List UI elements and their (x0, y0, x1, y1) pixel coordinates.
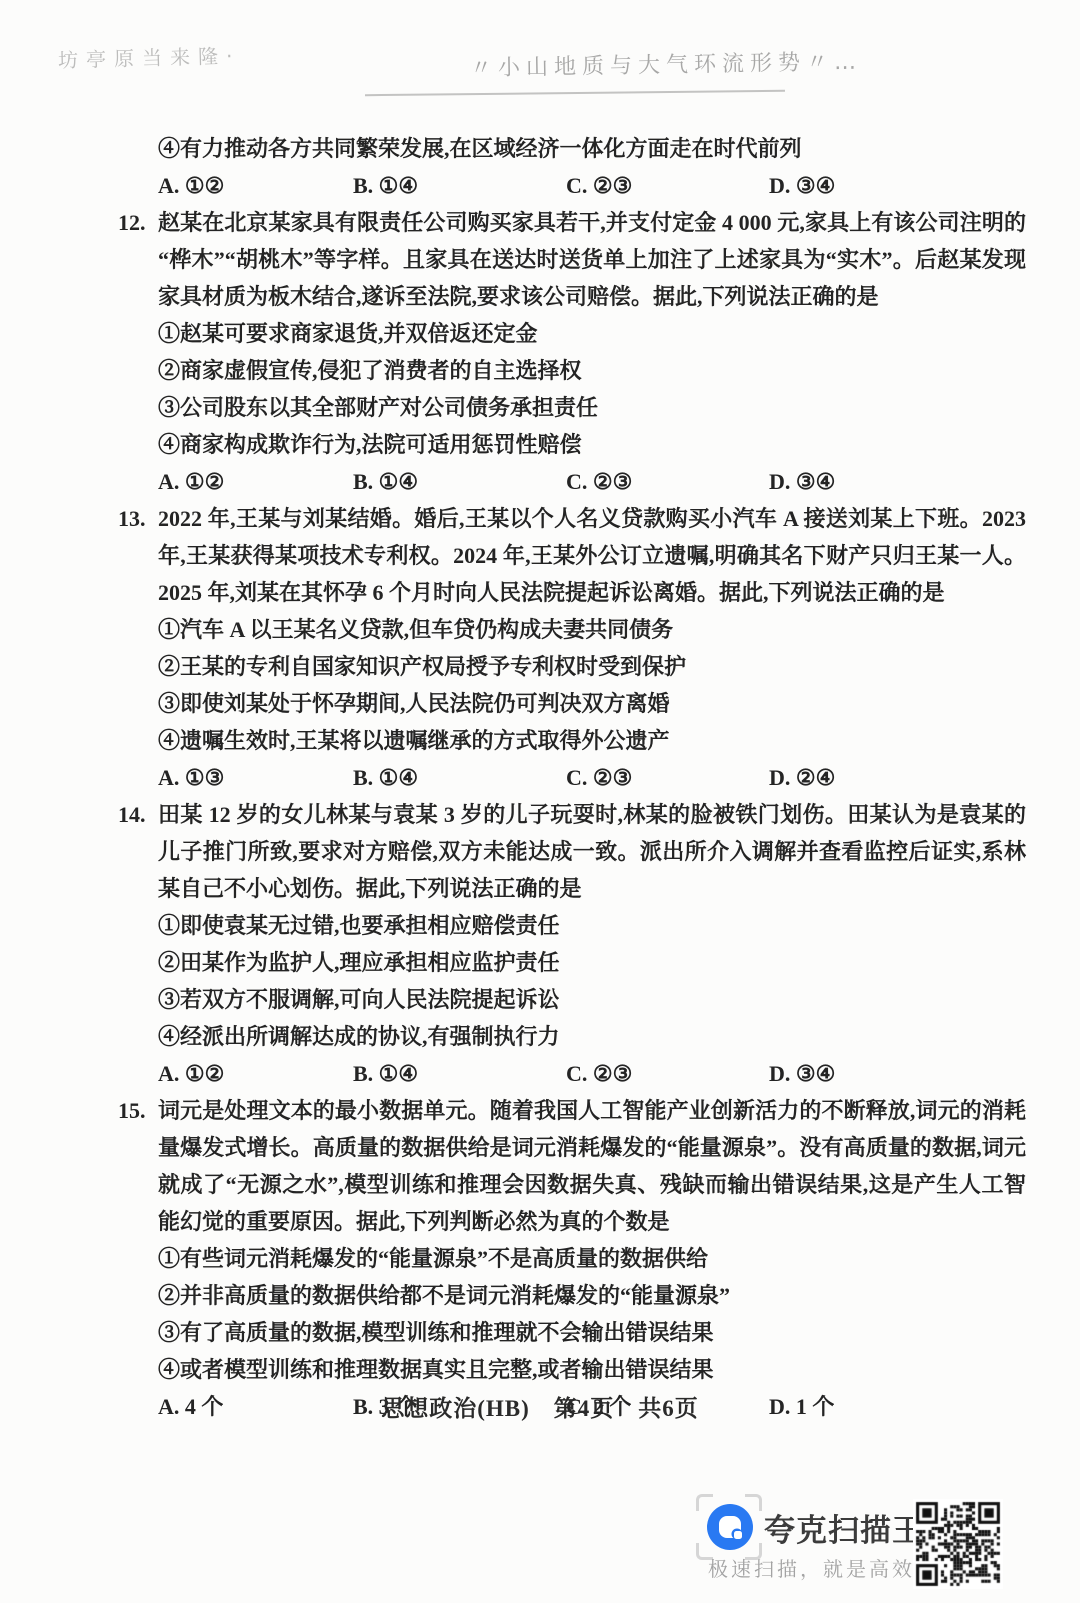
question-stem: 田某 12 岁的女儿林某与袁某 3 岁的儿子玩耍时,林某的脸被铁门划伤。田某认为… (158, 796, 1026, 907)
option-item: ③公司股东以其全部财产对公司债务承担责任 (158, 389, 1026, 426)
option-item: ①汽车 A 以王某名义贷款,但车贷仍构成夫妻共同债务 (158, 611, 1026, 648)
question-11-tail: ④有力推动各方共同繁荣发展,在区域经济一体化方面走在时代前列 A. ①② B. … (118, 130, 1026, 204)
choice-d: D. ③④ (769, 1055, 1026, 1092)
choice-d: D. ③④ (769, 167, 1026, 204)
option-item: ②王某的专利自国家知识产权局授予专利权时受到保护 (158, 648, 1026, 685)
option-item: ③若双方不服调解,可向人民法院提起诉讼 (158, 981, 1026, 1018)
option-item: ②并非高质量的数据供给都不是词元消耗爆发的“能量源泉” (158, 1277, 1026, 1314)
header-scribble-center: 〃小山地质与大气环流形势〃… (470, 45, 862, 83)
option-item: ④商家构成欺诈行为,法院可适用惩罚性赔偿 (158, 426, 1026, 463)
quark-logo-icon (706, 1503, 754, 1551)
choice-b: B. ①④ (353, 1055, 566, 1092)
option-item: ④或者模型训练和推理数据真实且完整,或者输出错误结果 (158, 1351, 1026, 1388)
choice-c: C. ②③ (566, 463, 769, 500)
option-item: ②商家虚假宣传,侵犯了消费者的自主选择权 (158, 352, 1026, 389)
question-12: 12. 赵某在北京某家具有限责任公司购买家具若干,并支付定金 4 000 元,家… (118, 204, 1026, 500)
choices-row: A. ①② B. ①④ C. ②③ D. ③④ (158, 463, 1026, 500)
option-item: ④有力推动各方共同繁荣发展,在区域经济一体化方面走在时代前列 (158, 130, 1026, 167)
option-item: ①即使袁某无过错,也要承担相应赔偿责任 (158, 907, 1026, 944)
choices-row: A. ①② B. ①④ C. ②③ D. ③④ (158, 167, 1026, 204)
choice-d: D. ③④ (769, 463, 1026, 500)
option-item: ①赵某可要求商家退货,并双倍返还定金 (158, 315, 1026, 352)
choice-a: A. ①② (158, 167, 353, 204)
question-13: 13. 2022 年,王某与刘某结婚。婚后,王某以个人名义贷款购买小汽车 A 接… (118, 500, 1026, 796)
question-number: 14. (118, 796, 158, 833)
option-item: ③有了高质量的数据,模型训练和推理就不会输出错误结果 (158, 1314, 1026, 1351)
question-15: 15. 词元是处理文本的最小数据单元。随着我国人工智能产业创新活力的不断释放,词… (118, 1092, 1026, 1425)
choice-b: B. ①④ (353, 759, 566, 796)
choice-c: C. ②③ (566, 167, 769, 204)
choices-row: A. ①③ B. ①④ C. ②③ D. ②④ (158, 759, 1026, 796)
choice-a: A. ①② (158, 1055, 353, 1092)
question-stem: 赵某在北京某家具有限责任公司购买家具若干,并支付定金 4 000 元,家具上有该… (158, 204, 1026, 315)
option-item: ④遗嘱生效时,王某将以遗嘱继承的方式取得外公遗产 (158, 722, 1026, 759)
question-number: 15. (118, 1092, 158, 1129)
question-stem: 词元是处理文本的最小数据单元。随着我国人工智能产业创新活力的不断释放,词元的消耗… (158, 1092, 1026, 1240)
choices-row: A. ①② B. ①④ C. ②③ D. ③④ (158, 1055, 1026, 1092)
exam-content: ④有力推动各方共同繁荣发展,在区域经济一体化方面走在时代前列 A. ①② B. … (0, 130, 1080, 1425)
question-stem: 2022 年,王某与刘某结婚。婚后,王某以个人名义贷款购买小汽车 A 接送刘某上… (158, 500, 1026, 611)
question-number: 12. (118, 204, 158, 241)
choice-b: B. ①④ (353, 463, 566, 500)
choice-a: A. ①② (158, 463, 353, 500)
question-14: 14. 田某 12 岁的女儿林某与袁某 3 岁的儿子玩耍时,林某的脸被铁门划伤。… (118, 796, 1026, 1092)
page-footer: 思想政治(HB) 第4页 共6页 (0, 1390, 1080, 1423)
choice-b: B. ①④ (353, 167, 566, 204)
choice-d: D. ②④ (769, 759, 1026, 796)
qr-code (913, 1499, 1003, 1589)
choice-a: A. ①③ (158, 759, 353, 796)
header-scribble-left: 坊亭原当来隆· (58, 40, 241, 74)
scanned-exam-page: { "header": { "scribble_left": "坊亭原当来隆·"… (0, 0, 1080, 1603)
option-item: ④经派出所调解达成的协议,有强制执行力 (158, 1018, 1026, 1055)
choice-c: C. ②③ (566, 759, 769, 796)
header-underline (365, 90, 785, 96)
question-number: 13. (118, 500, 158, 537)
option-item: ③即使刘某处于怀孕期间,人民法院仍可判决双方离婚 (158, 685, 1026, 722)
choice-c: C. ②③ (566, 1055, 769, 1092)
option-item: ①有些词元消耗爆发的“能量源泉”不是高质量的数据供给 (158, 1240, 1026, 1277)
option-item: ②田某作为监护人,理应承担相应监护责任 (158, 944, 1026, 981)
